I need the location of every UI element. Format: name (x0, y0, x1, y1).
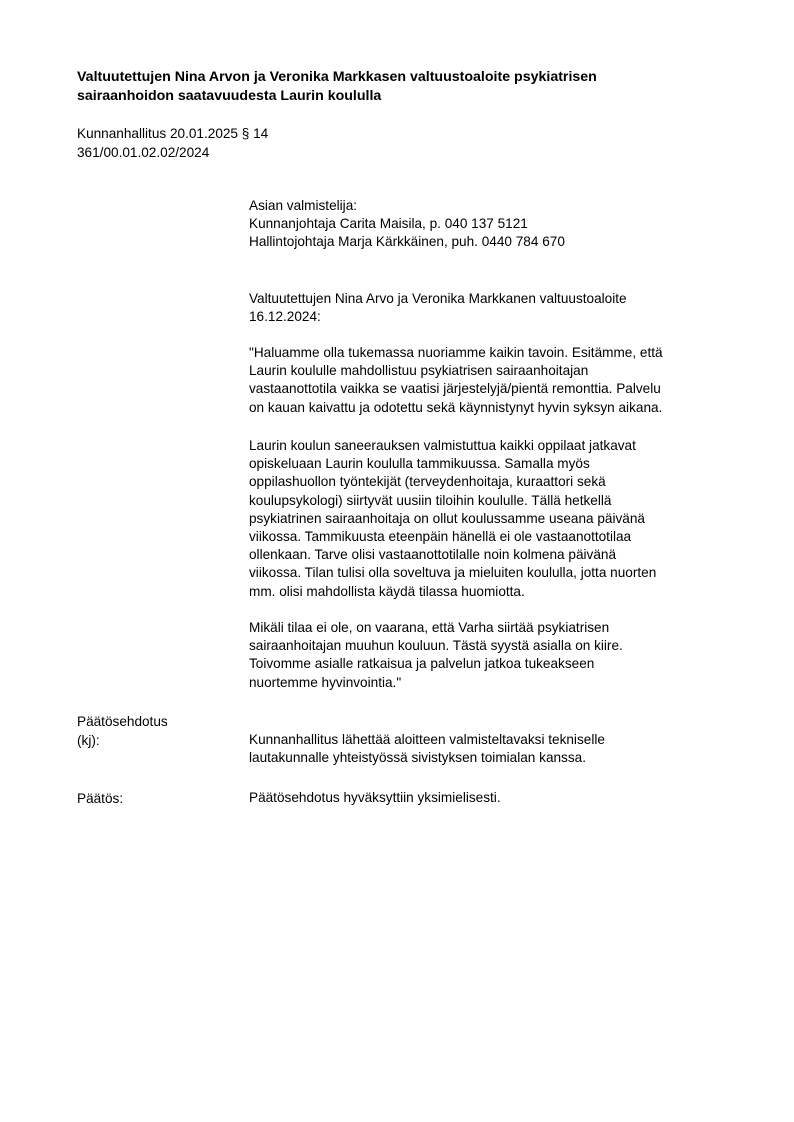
text-line: nuortemme hyvinvointia." (249, 674, 623, 692)
preparers-heading: Asian valmistelija: (249, 197, 565, 215)
text-line: viikossa. Tilan tulisi olla soveltuva ja… (249, 564, 656, 582)
text-line: Toivomme asialle ratkaisua ja palvelun j… (249, 655, 623, 673)
text-line: Laurin koululle mahdollistuu psykiatrise… (249, 362, 663, 380)
paragraph-3: Mikäli tilaa ei ole, on vaarana, että Va… (249, 619, 623, 692)
paragraph-1: "Haluamme olla tukemassa nuoriamme kaiki… (249, 344, 663, 417)
meeting-reference: Kunnanhallitus 20.01.2025 § 14 (77, 124, 268, 143)
text-line: Kunnanhallitus lähettää aloitteen valmis… (249, 731, 605, 749)
meeting-info: Kunnanhallitus 20.01.2025 § 14 361/00.01… (77, 124, 268, 162)
preparer-line: Hallintojohtaja Marja Kärkkäinen, puh. 0… (249, 233, 565, 251)
text-line: opiskeluaan Laurin koululla tammikuussa.… (249, 455, 656, 473)
text-line: Mikäli tilaa ei ole, on vaarana, että Va… (249, 619, 623, 637)
intro-line: 16.12.2024: (249, 308, 627, 326)
preparer-line: Kunnanjohtaja Carita Maisila, p. 040 137… (249, 215, 565, 233)
text-line: sairaanhoitajan muuhun kouluun. Tästä sy… (249, 637, 623, 655)
text-line: viikossa. Tammikuusta eteenpäin hänellä … (249, 528, 656, 546)
title-line: Valtuutettujen Nina Arvon ja Veronika Ma… (77, 68, 597, 87)
text-line: Päätösehdotus hyväksyttiin yksimielisest… (249, 789, 501, 807)
text-line: vastaanottotila vaikka se vaatisi järjes… (249, 380, 663, 398)
text-line: koulupsykologi) siirtyvät uusiin tiloihi… (249, 492, 656, 510)
proposal-text: Kunnanhallitus lähettää aloitteen valmis… (249, 731, 605, 767)
proposal-label: Päätösehdotus (kj): (77, 712, 168, 750)
text-line: psykiatrinen sairaanhoitaja on ollut kou… (249, 510, 656, 528)
label-line: Päätösehdotus (77, 712, 168, 731)
text-line: "Haluamme olla tukemassa nuoriamme kaiki… (249, 344, 663, 362)
record-number: 361/00.01.02.02/2024 (77, 143, 268, 162)
text-line: lautakunnalle yhteistyössä sivistyksen t… (249, 749, 605, 767)
decision-text: Päätösehdotus hyväksyttiin yksimielisest… (249, 789, 501, 807)
text-line: Laurin koulun saneerauksen valmistuttua … (249, 437, 656, 455)
decision-label: Päätös: (77, 789, 123, 808)
text-line: mm. olisi mahdollista käydä tilassa huom… (249, 583, 656, 601)
text-line: oppilashuollon työntekijät (terveydenhoi… (249, 473, 656, 491)
paragraph-2: Laurin koulun saneerauksen valmistuttua … (249, 437, 656, 601)
text-line: ollenkaan. Tarve olisi vastaanottotilall… (249, 546, 656, 564)
text-line: on kauan kaivattu ja odotettu sekä käynn… (249, 399, 663, 417)
intro-line: Valtuutettujen Nina Arvo ja Veronika Mar… (249, 290, 627, 308)
preparers-block: Asian valmistelija: Kunnanjohtaja Carita… (249, 197, 565, 252)
document-title: Valtuutettujen Nina Arvon ja Veronika Ma… (77, 68, 597, 106)
initiative-intro: Valtuutettujen Nina Arvo ja Veronika Mar… (249, 290, 627, 326)
label-line: (kj): (77, 731, 168, 750)
title-line: sairaanhoidon saatavuudesta Laurin koulu… (77, 87, 597, 106)
